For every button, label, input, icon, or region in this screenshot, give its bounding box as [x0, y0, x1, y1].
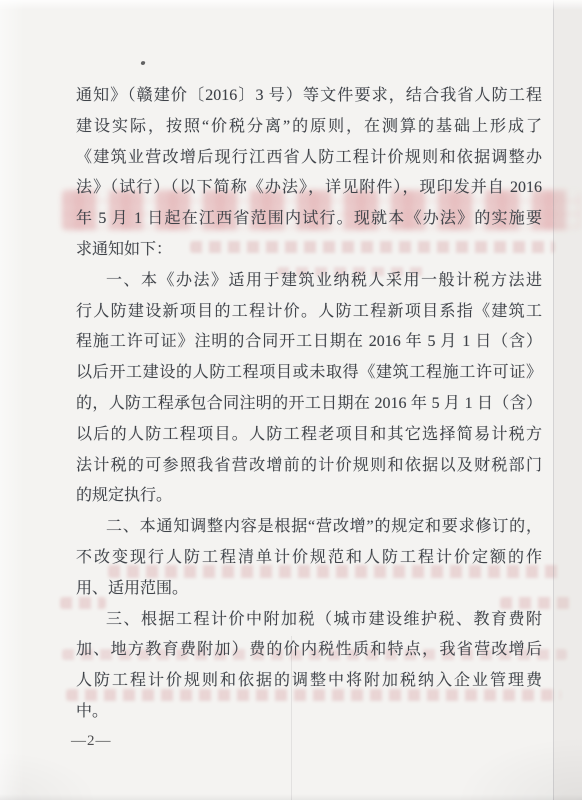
text-line: 以后的人防工程项目。人防工程老项目和其它选择简易计税方: [76, 420, 542, 451]
text-line: 二、本通知调整内容是根据“营改增”的规定和要求修订的，: [76, 512, 542, 543]
text-line: 用、适用范围。: [76, 574, 542, 605]
text-line: 《建筑业营改增后现行江西省人防工程计价规则和依据调整办: [76, 143, 542, 174]
document-body: 通知》（赣建价〔2016〕3 号）等文件要求，结合我省人防工程 建设实际，按照“…: [76, 81, 542, 728]
paper-right-edge: [553, 0, 554, 800]
text-line: 建设实际，按照“价税分离”的原则，在测算的基础上形成了: [76, 112, 542, 143]
text-line: 法计税的可参照我省营改增前的计价规则和依据以及财税部门: [76, 451, 542, 482]
ink-speck: [140, 60, 145, 65]
text-line: 人防工程计价规则和依据的调整中将附加税纳入企业管理费: [76, 666, 542, 697]
page-number: —2—: [71, 733, 112, 749]
text-line: 以后开工建设的人防工程项目或未取得《建筑工程施工许可证》: [76, 358, 542, 389]
text-line: 行人防建设新项目的工程计价。人防工程新项目系指《建筑工: [76, 297, 542, 328]
text-line: 的，人防工程承包合同注明的开工日期在 2016 年 5 月 1 日（含）: [76, 389, 542, 420]
text-line: 法》（试行）（以下简称《办法》，详见附件），现印发并自 2016: [76, 173, 542, 204]
text-line: 求通知如下：: [76, 235, 542, 266]
text-line: 的规定执行。: [76, 481, 542, 512]
paper-right-margin: [554, 0, 582, 800]
text-line: 三、根据工程计价中附加税（城市建设维护税、教育费附: [76, 605, 542, 636]
text-line: 程施工许可证》注明的合同开工日期在 2016 年 5 月 1 日（含）: [76, 327, 542, 358]
text-line: 通知》（赣建价〔2016〕3 号）等文件要求，结合我省人防工程: [76, 81, 542, 112]
paper-fold-line: [291, 636, 292, 800]
scanned-page: 通知》（赣建价〔2016〕3 号）等文件要求，结合我省人防工程 建设实际，按照“…: [0, 0, 582, 800]
text-line: 不改变现行人防工程清单计价规范和人防工程计价定额的作: [76, 543, 542, 574]
text-line: 中。: [76, 697, 542, 728]
text-line: 一、本《办法》适用于建筑业纳税人采用一般计税方法进: [76, 266, 542, 297]
text-line: 年 5 月 1 日起在江西省范围内试行。现就本《办法》的实施要: [76, 204, 542, 235]
text-line: 加、地方教育费附加）费的价内税性质和特点，我省营改增后: [76, 635, 542, 666]
